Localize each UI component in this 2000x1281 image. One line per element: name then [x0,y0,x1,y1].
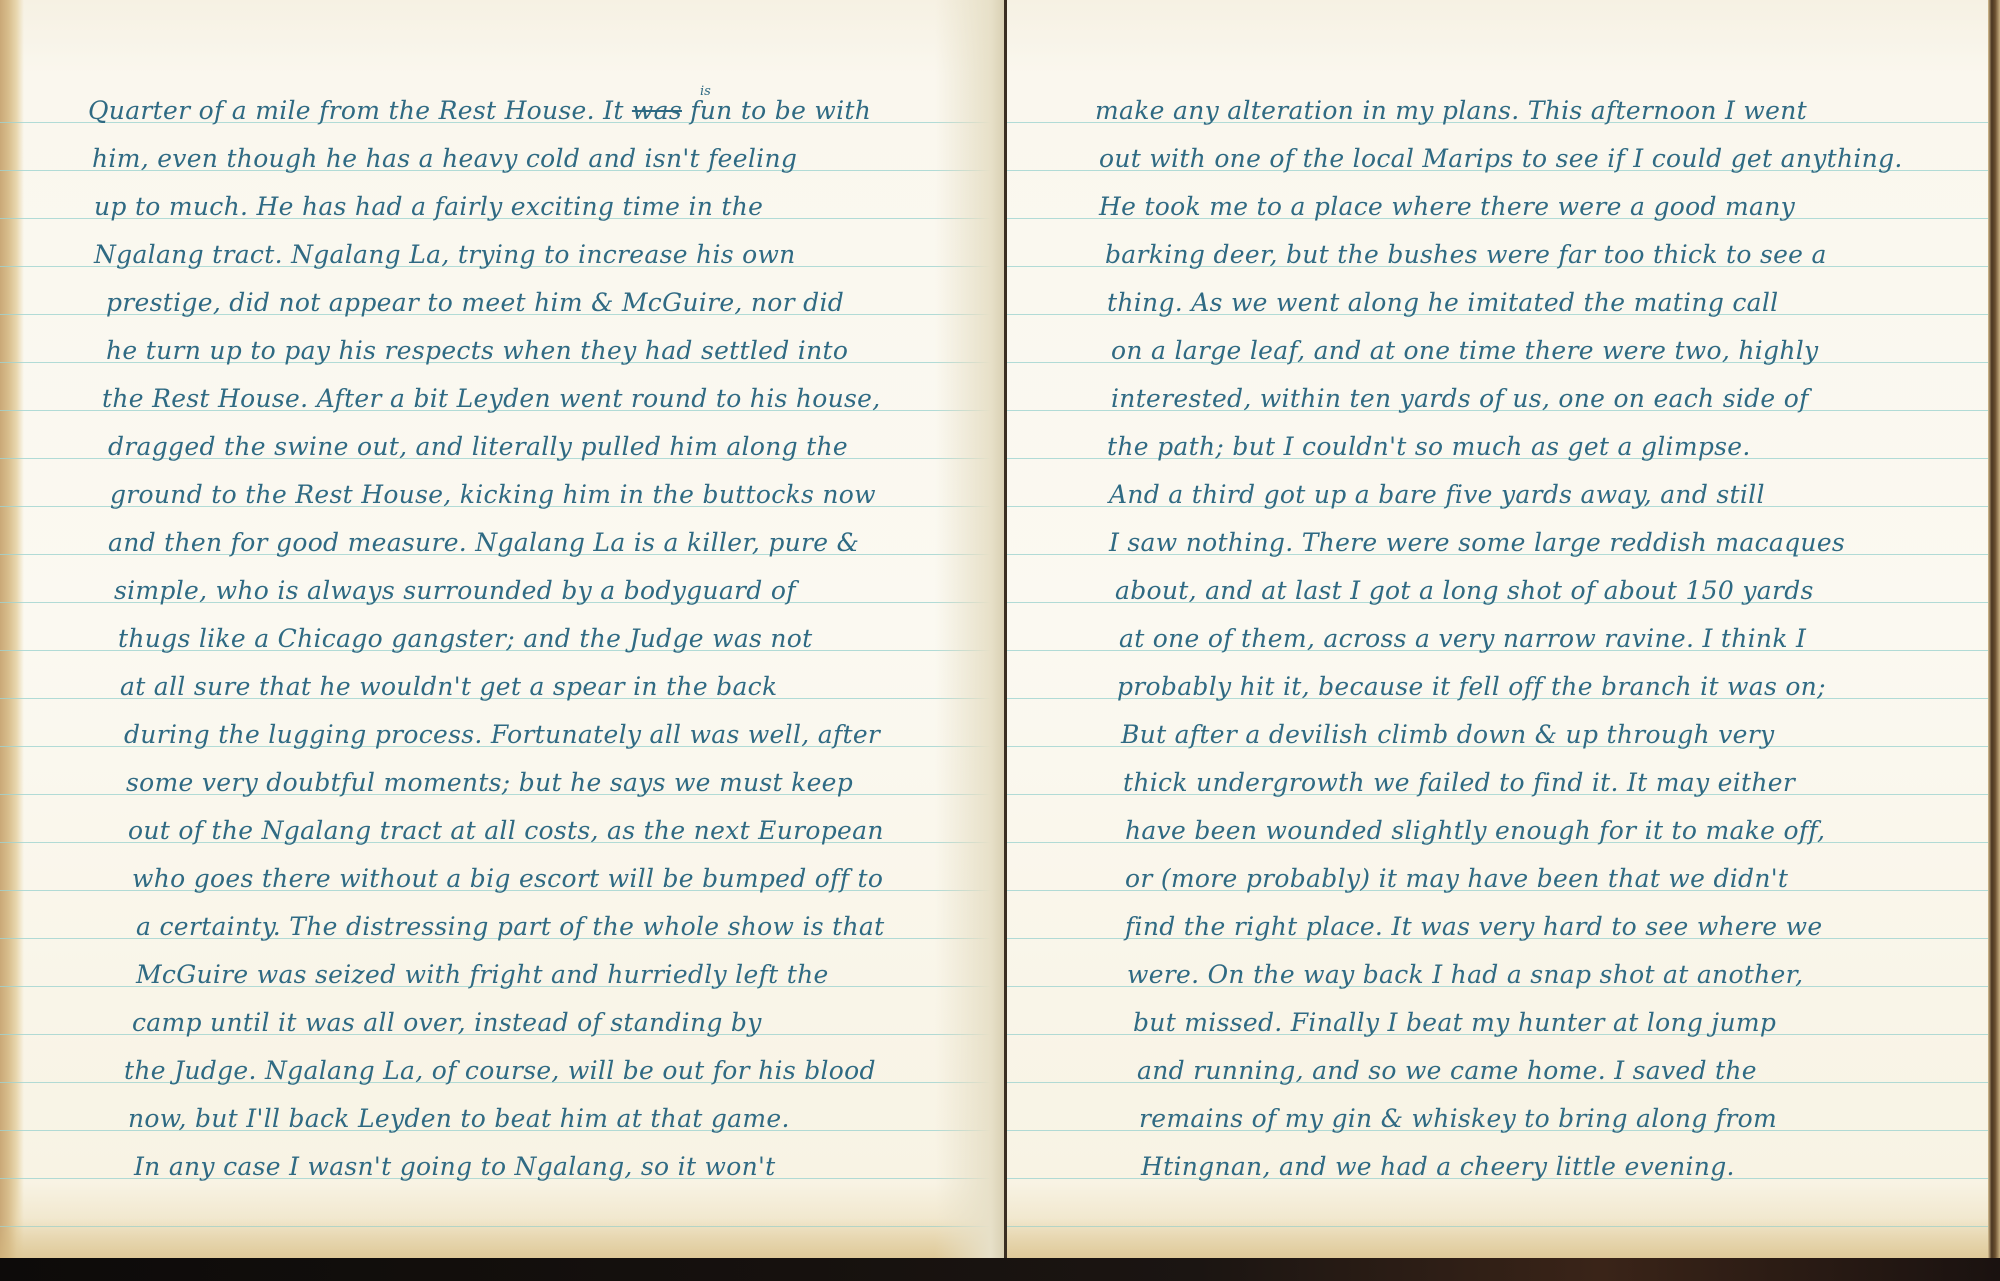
handwritten-line: out with one of the local Marips to see … [1099,144,1903,173]
handwritten-line: a certainty. The distressing part of the… [136,912,884,941]
handwritten-line: and running, and so we came home. I save… [1137,1056,1757,1085]
handwritten-line: on a large leaf, and at one time there w… [1111,336,1818,365]
handwritten-line: thick undergrowth we failed to find it. … [1123,768,1795,797]
handwritten-line: or (more probably) it may have been that… [1125,864,1788,893]
handwritten-line: Ngalang tract. Ngalang La, trying to inc… [94,240,796,269]
handwritten-line: thing. As we went along he imitated the … [1107,288,1778,317]
handwritten-line: but missed. Finally I beat my hunter at … [1133,1008,1776,1037]
struck-word: was [632,96,682,125]
handwritten-line: at one of them, across a very narrow rav… [1119,624,1806,653]
handwritten-line: And a third got up a bare five yards awa… [1109,480,1765,509]
inserted-correction: is [700,84,711,99]
handwritten-line: and then for good measure. Ngalang La is… [108,528,859,557]
handwritten-line: were. On the way back I had a snap shot … [1127,960,1803,989]
handwritten-line: probably hit it, because it fell off the… [1117,672,1826,701]
handwritten-line: McGuire was seized with fright and hurri… [136,960,829,989]
left-page: Quarter of a mile from the Rest House. I… [0,0,1005,1258]
handwritten-line: interested, within ten yards of us, one … [1111,384,1809,413]
scanner-background [0,1258,2000,1281]
handwritten-line: simple, who is always surrounded by a bo… [114,576,796,605]
handwritten-line: find the right place. It was very hard t… [1125,912,1822,941]
page-edge [1988,0,2000,1258]
notebook-spread: Quarter of a mile from the Rest House. I… [0,0,2000,1258]
handwritten-line: In any case I wasn't going to Ngalang, s… [134,1152,776,1181]
handwritten-line: dragged the swine out, and literally pul… [108,432,848,461]
handwritten-line: I saw nothing. There were some large red… [1109,528,1845,557]
handwritten-line: some very doubtful moments; but he says … [126,768,853,797]
handwritten-line: now, but I'll back Leyden to beat him at… [128,1104,790,1133]
handwritten-line: have been wounded slightly enough for it… [1125,816,1825,845]
handwritten-line: make any alteration in my plans. This af… [1095,96,1807,125]
line-text-continued: fun to be with [682,96,871,125]
handwritten-line: camp until it was all over, instead of s… [132,1008,762,1037]
water-stain [1007,1218,2000,1258]
handwritten-line: barking deer, but the bushes were far to… [1105,240,1827,269]
handwritten-line: him, even though he has a heavy cold and… [92,144,797,173]
handwritten-line: thugs like a Chicago gangster; and the J… [118,624,813,653]
handwritten-line: the Judge. Ngalang La, of course, will b… [124,1056,876,1085]
handwritten-line: the Rest House. After a bit Leyden went … [102,384,881,413]
handwritten-line: ground to the Rest House, kicking him in… [110,480,876,509]
handwritten-line: up to much. He has had a fairly exciting… [94,192,763,221]
handwritten-line: the path; but I couldn't so much as get … [1107,432,1751,461]
handwritten-line: at all sure that he wouldn't get a spear… [120,672,777,701]
handwritten-line: He took me to a place where there were a… [1099,192,1795,221]
handwritten-line: he turn up to pay his respects when they… [106,336,848,365]
handwritten-line: who goes there without a big escort will… [132,864,883,893]
water-stain [0,1218,1005,1258]
right-page: make any alteration in my plans. This af… [1007,0,2000,1258]
handwritten-line: remains of my gin & whiskey to bring alo… [1139,1104,1777,1133]
handwritten-line: during the lugging process. Fortunately … [124,720,880,749]
handwritten-line: Quarter of a mile from the Rest House. I… [88,96,871,125]
handwritten-line: about, and at last I got a long shot of … [1115,576,1814,605]
handwritten-line: prestige, did not appear to meet him & M… [106,288,844,317]
handwritten-line: But after a devilish climb down & up thr… [1121,720,1774,749]
line-text: Quarter of a mile from the Rest House. I… [88,96,632,125]
handwritten-line: out of the Ngalang tract at all costs, a… [128,816,884,845]
handwritten-line: Htingnan, and we had a cheery little eve… [1141,1152,1735,1181]
